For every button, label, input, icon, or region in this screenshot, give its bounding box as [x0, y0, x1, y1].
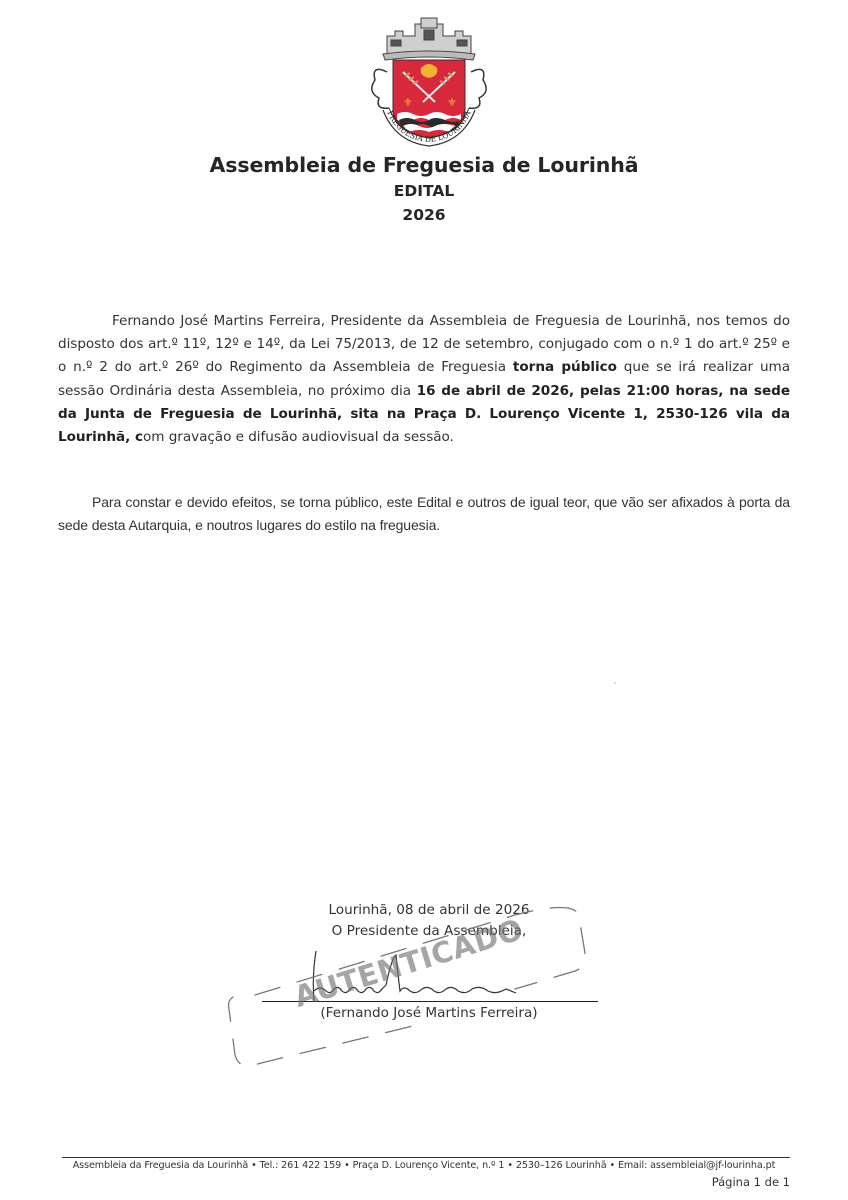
page-title: Assembleia de Freguesia de Lourinhã — [0, 153, 848, 177]
closing-paragraph: Para constar e devido efeitos, se torna … — [58, 491, 790, 537]
svg-text:⚜: ⚜ — [447, 96, 457, 109]
signatory-name: (Fernando José Martins Ferreira) — [300, 1005, 558, 1021]
place-date: Lourinhã, 08 de abril de 2026 — [300, 900, 558, 921]
page-number: Página 1 de 1 — [712, 1175, 790, 1189]
title-block: Assembleia de Freguesia de Lourinhã EDIT… — [0, 153, 848, 224]
scan-speck — [614, 682, 616, 684]
document-type: EDITAL — [0, 182, 848, 200]
footer-divider — [62, 1157, 790, 1158]
coat-of-arms-icon: ⚜ ⚜ FREGUESIA DE LOURINHÃ — [365, 14, 493, 148]
announcement-paragraph: Fernando José Martins Ferreira, Presiden… — [58, 310, 790, 449]
emphasis-public: torna público — [513, 359, 617, 375]
document-year: 2026 — [0, 206, 848, 224]
svg-text:⚜: ⚜ — [403, 96, 413, 109]
footer-contact: Assembleia da Freguesia da Lourinhã • Te… — [0, 1160, 848, 1171]
